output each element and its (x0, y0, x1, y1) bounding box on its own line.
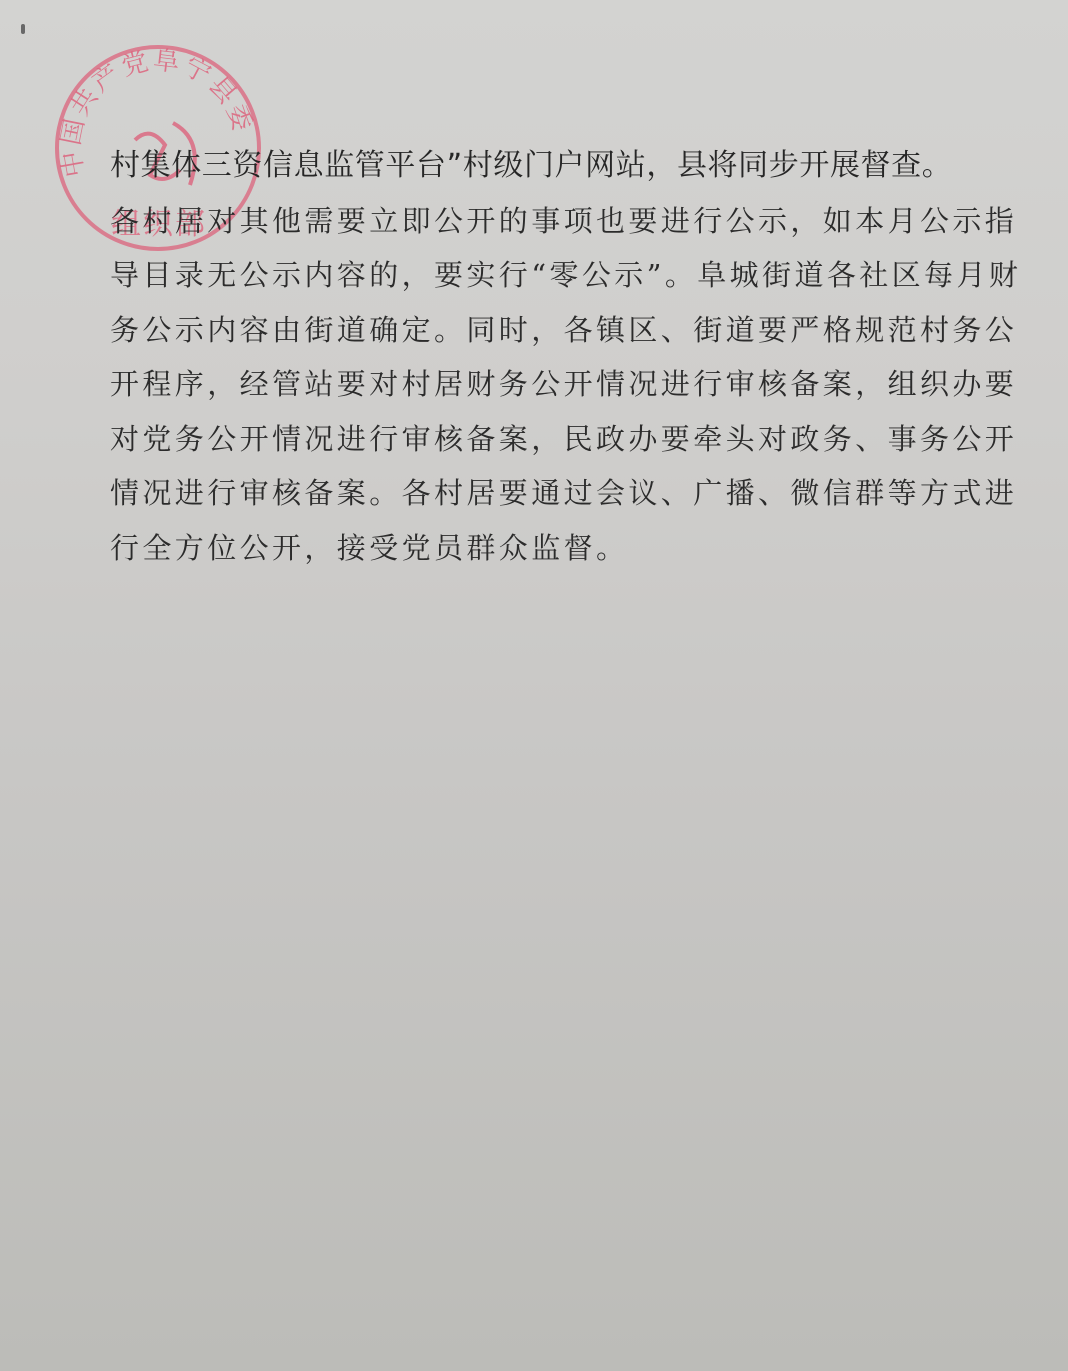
text-line: 对党务公开情况进行审核备案，民政办要牵头对政务、事务公开 (110, 416, 990, 471)
document-body: 村集体三资信息监管平台”村级门户网站，县将同步开展督查。 各村居对其他需要立即公… (110, 143, 990, 579)
document-page: 中国共产党阜宁县委 组织部 村集体三资信息监管平台”村级门户网站，县将同步开展督… (0, 0, 1068, 1371)
text-line: 情况进行审核备案。各村居要通过会议、广播、微信群等方式进 (110, 470, 990, 525)
paper-speck (21, 24, 25, 34)
text-line: 村集体三资信息监管平台”村级门户网站，县将同步开展督查。 (110, 143, 990, 198)
text-line: 开程序，经管站要对村居财务公开情况进行审核备案，组织办要 (110, 361, 990, 416)
text-line: 务公示内容由街道确定。同时，各镇区、街道要严格规范村务公 (110, 307, 990, 362)
text-line: 行全方位公开，接受党员群众监督。 (110, 525, 990, 580)
text-line: 各村居对其他需要立即公开的事项也要进行公示，如本月公示指 (110, 198, 990, 253)
text-line: 导目录无公示内容的，要实行“零公示”。阜城街道各社区每月财 (110, 252, 990, 307)
